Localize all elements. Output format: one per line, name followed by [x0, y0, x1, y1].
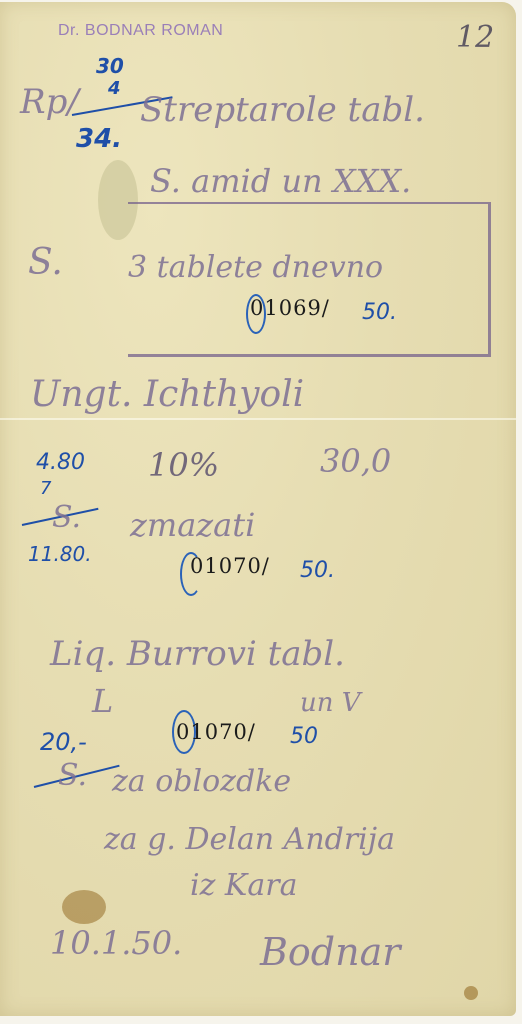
serial-1: 01069/: [250, 296, 330, 320]
serial-2-suffix: 50.: [300, 558, 335, 583]
price-1-top: 30: [96, 54, 124, 78]
signa-1: S.: [28, 242, 63, 283]
drug-3-name: Liq. Burrovi tabl.: [50, 634, 345, 674]
serial-3-suffix: 50: [290, 724, 318, 749]
price-2-mid: 7: [40, 478, 51, 499]
signa-3: S.: [58, 758, 87, 793]
rx-symbol: Rp/: [20, 82, 79, 122]
serial-3: 01070/: [176, 720, 256, 744]
small-stain: [464, 986, 478, 1000]
prescription-paper: Dr. BODNAR ROMAN 12 Rp/ 30 4 34. Strepta…: [0, 2, 516, 1016]
drug-2-strength: 10%: [148, 446, 219, 484]
page-number: 12: [456, 20, 494, 55]
signa-1-text: 3 tablete dnevno: [128, 250, 383, 285]
drug-2-name: Ungt. Ichthyoli: [30, 374, 304, 415]
serial-1-suffix: 50.: [362, 300, 397, 325]
paper-fold: [0, 418, 516, 420]
signa-2: S.: [52, 500, 81, 535]
brown-stain: [62, 890, 106, 924]
price-2-top: 4.80: [36, 450, 85, 475]
price-2-total: 11.80.: [28, 542, 92, 566]
signa-3-text: za oblozdke: [112, 764, 291, 799]
drug-3-form: L: [92, 682, 113, 720]
drug-3-quantity: un V: [300, 688, 361, 718]
patient-location: iz Kara: [190, 868, 297, 903]
price-1-mid: 4: [108, 78, 121, 99]
price-1-total: 34.: [76, 124, 122, 154]
signa-2-text: zmazati: [130, 506, 255, 544]
serial-2: 01070/: [190, 554, 270, 578]
patient-name: za g. Delan Andrija: [104, 822, 395, 857]
doctor-signature: Bodnar: [260, 930, 400, 974]
doctor-name-stamp: Dr. BODNAR ROMAN: [58, 22, 223, 40]
price-3: 20,-: [40, 728, 87, 756]
drug-2-quantity: 30,0: [320, 442, 391, 480]
drug-1-name: Streptarole tabl.: [140, 90, 425, 130]
drug-1-dosage: S. amid un XXX.: [150, 162, 411, 200]
prescription-date: 10.1.50.: [50, 924, 182, 962]
